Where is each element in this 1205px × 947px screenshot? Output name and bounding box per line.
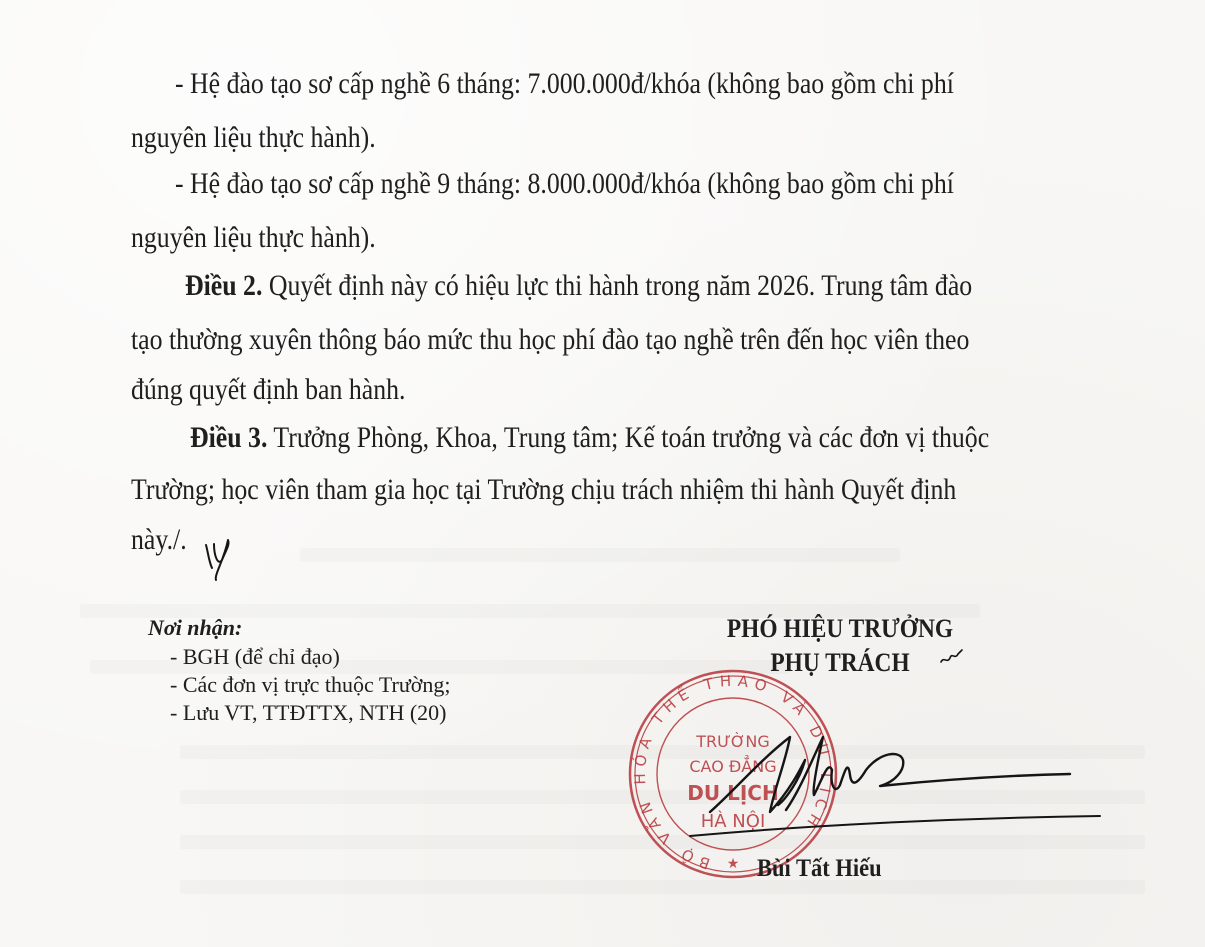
handwritten-signature xyxy=(0,0,1205,947)
signer-name: Bùi Tất Hiếu xyxy=(757,855,882,883)
